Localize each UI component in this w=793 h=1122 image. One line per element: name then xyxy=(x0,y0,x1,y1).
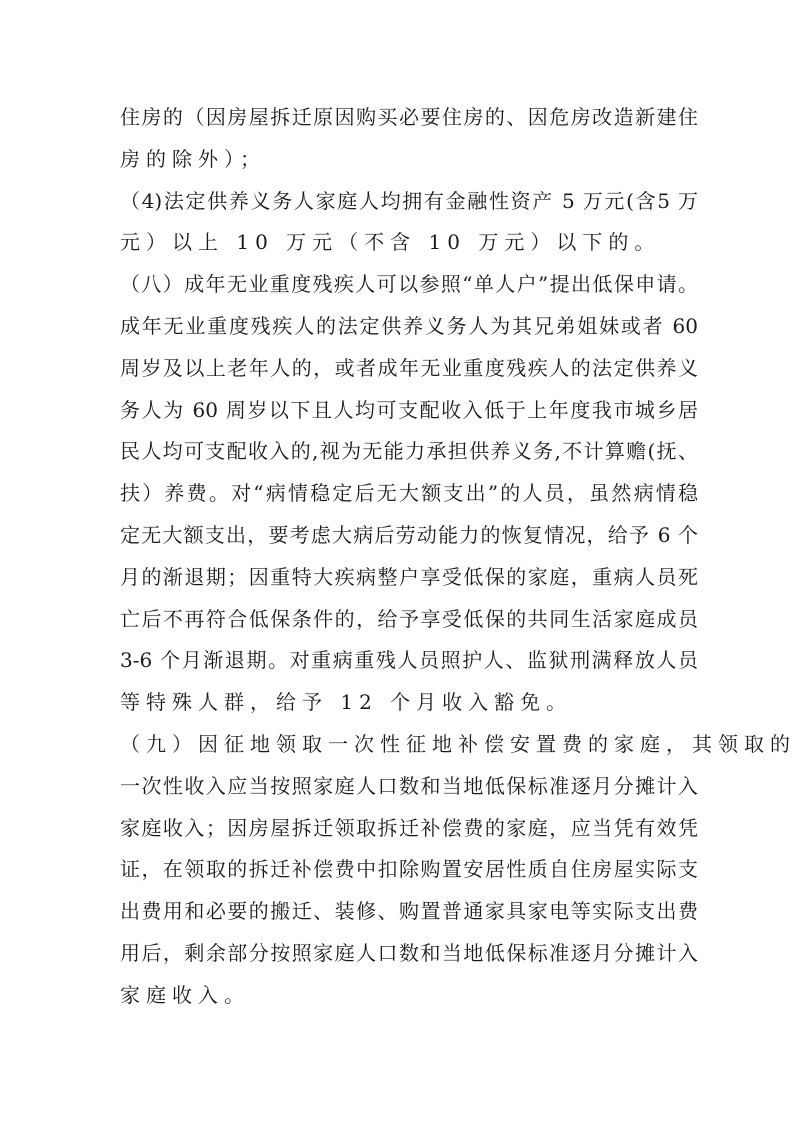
text-line: 家庭收入。 xyxy=(120,978,698,1020)
text-line: 亡后不再符合低保条件的，给予享受低保的共同生活家庭成员 xyxy=(120,602,698,644)
text-line: 家庭收入；因房屋拆迁领取拆迁补偿费的家庭，应当凭有效凭 xyxy=(120,811,698,853)
text-line: 3-6 个月渐退期。对重病重残人员照护人、监狱刑满释放人员 xyxy=(120,643,698,685)
text-line: 等特殊人群，给予 12 个月收入豁免。 xyxy=(120,685,698,727)
text-line: （4)法定供养义务人家庭人均拥有金融性资产 5 万元(含5 万 xyxy=(120,184,698,226)
text-line: 房的除外）； xyxy=(120,142,698,184)
text-line: 成年无业重度残疾人的法定供养义务人为其兄弟姐妹或者 60 xyxy=(120,309,698,351)
text-line: 一次性收入应当按照家庭人口数和当地低保标准逐月分摊计入 xyxy=(120,769,698,811)
text-line: 用后，剩余部分按照家庭人口数和当地低保标准逐月分摊计入 xyxy=(120,936,698,978)
text-line: 扶）养费。对“病情稳定后无大额支出”的人员，虽然病情稳 xyxy=(120,476,698,518)
text-line: 周岁及以上老年人的，或者成年无业重度残疾人的法定供养义 xyxy=(120,351,698,393)
section-9-heading-line: （九）因征地领取一次性征地补偿安置费的家庭，其领取的 xyxy=(120,727,698,769)
text-line: 出费用和必要的搬迁、装修、购置普通家具家电等实际支出费 xyxy=(120,894,698,936)
section-8-heading-line: （八）成年无业重度残疾人可以参照“单人户”提出低保申请。 xyxy=(120,267,698,309)
text-line: 定无大额支出，要考虑大病后劳动能力的恢复情况，给予 6 个 xyxy=(120,518,698,560)
text-line: 证，在领取的拆迁补偿费中扣除购置安居性质自住房屋实际支 xyxy=(120,852,698,894)
text-line: 务人为 60 周岁以下且人均可支配收入低于上年度我市城乡居 xyxy=(120,393,698,435)
text-line: 月的渐退期；因重特大疾病整户享受低保的家庭，重病人员死 xyxy=(120,560,698,602)
text-line: 民人均可支配收入的,视为无能力承担供养义务,不计算赡(抚、 xyxy=(120,434,698,476)
document-page: 住房的（因房屋拆迁原因购买必要住房的、因危房改造新建住 房的除外）； （4)法定… xyxy=(0,0,793,1122)
text-line: 元）以上 10 万元（不含 10 万元）以下的。 xyxy=(120,225,698,267)
text-line: 住房的（因房屋拆迁原因购买必要住房的、因危房改造新建住 xyxy=(120,100,698,142)
body-text: 住房的（因房屋拆迁原因购买必要住房的、因危房改造新建住 房的除外）； （4)法定… xyxy=(120,100,698,1020)
